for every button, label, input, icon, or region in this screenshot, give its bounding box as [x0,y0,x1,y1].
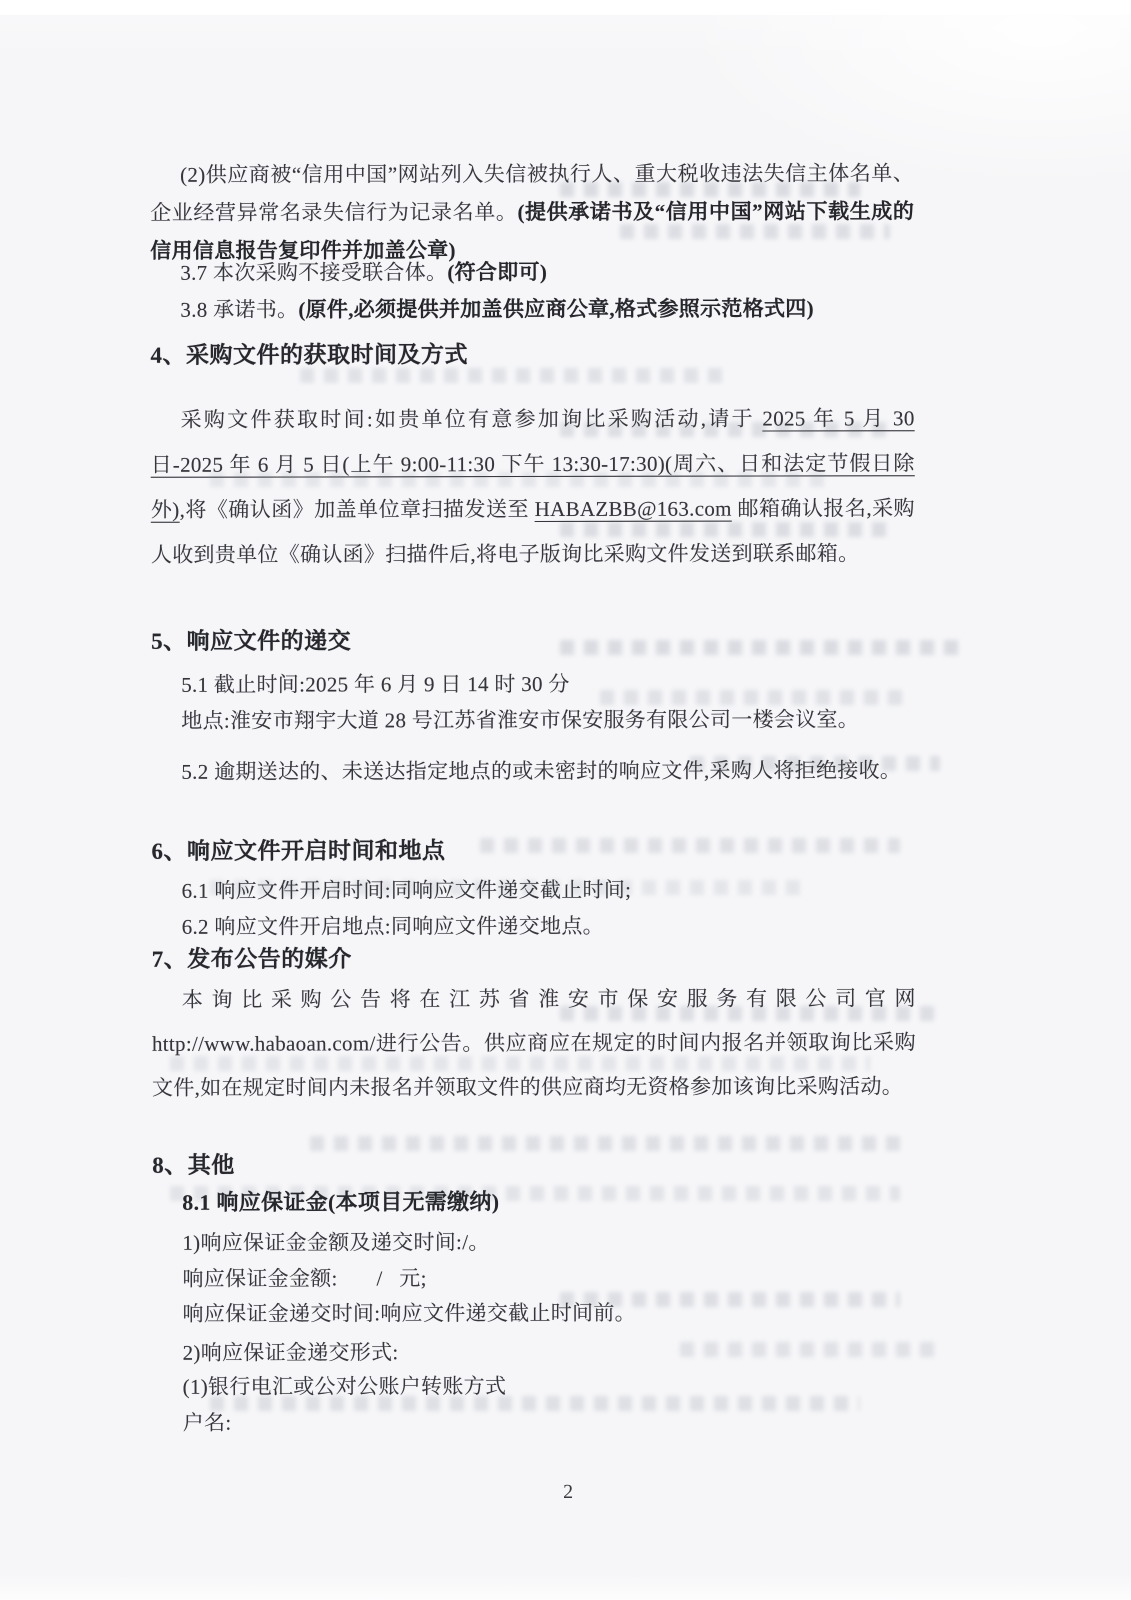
heading-8-1-deposit: 8.1 响应保证金(本项目无需缴纳) [152,1182,916,1222]
clause-3-7-text: 3.7 本次采购不接受联合体。 [180,260,447,285]
deposit-amount-and-time: 1)响应保证金金额及递交时间:/。 [152,1222,916,1262]
account-name-label: 户名: [153,1402,917,1442]
clause-6-1-open-time: 6.1 响应文件开启时间:同响应文件递交截止时间; [152,870,916,910]
clause-3-8: 3.8 承诺书。(原件,必须提供并加盖供应商公章,格式参照示范格式四) [150,289,914,329]
clause-3-7-bold-note: (符合即可) [447,260,547,284]
announcement-lead: 本询比采购公告将在江苏省淮安市保安服务有限公司官网 [182,986,916,1012]
heading-section-5: 5、响应文件的递交 [151,624,915,658]
clause-3-8-bold-note: (原件,必须提供并加盖供应商公章,格式参照示范格式四) [298,296,814,321]
page-number: 2 [3,1480,1131,1505]
company-website-url: http://www.habaoan.com/ [152,1031,376,1055]
deposit-amount-line: 响应保证金金额: / 元; [152,1258,916,1298]
heading-section-4: 4、采购文件的获取时间及方式 [150,338,914,372]
obtain-time-lead: 采购文件获取时间:如贵单位有意参加询比采购活动,请于 [181,407,763,432]
heading-section-6: 6、响应文件开启时间和地点 [151,834,915,868]
clause-3-7: 3.7 本次采购不接受联合体。(符合即可) [150,252,914,292]
confirmation-email-underlined: HABAZBB@163.com [535,497,732,521]
paragraph-announcement-media: 本询比采购公告将在江苏省淮安市保安服务有限公司官网 http://www.hab… [152,976,916,1110]
clause-5-2-rejection: 5.2 逾期送达的、未送达指定地点的或未密封的响应文件,采购人将拒绝接收。 [151,746,915,796]
document-body: (2)供应商被“信用中国”网站列入失信被执行人、重大税收违法失信主体名单、企业经… [0,0,1131,1600]
deposit-form-bank-transfer: (1)银行电汇或公对公账户转账方式 [153,1366,917,1406]
clause-5-1-deadline: 5.1 截止时间:2025 年 6 月 9 日 14 时 30 分 [151,664,915,704]
clause-3-8-text: 3.8 承诺书。 [180,298,298,322]
deposit-submit-time-line: 响应保证金递交时间:响应文件递交截止时间前。 [152,1293,916,1333]
paragraph-document-obtaining: 采购文件获取时间:如贵单位有意参加询比采购活动,请于 2025 年 5 月 30… [151,396,915,578]
scanned-document-page: { "colors": { "paper": "#f6f6f8", "ink":… [0,0,1131,1600]
clause-6-2-open-location: 6.2 响应文件开启地点:同响应文件递交地点。 [152,906,916,946]
heading-section-8: 8、其他 [152,1148,916,1182]
obtain-mid-text: ,将《确认函》加盖单位章扫描发送至 [180,497,535,522]
heading-section-7: 7、发布公告的媒介 [152,942,916,976]
clause-5-location: 地点:淮安市翔宇大道 28 号江苏省淮安市保安服务有限公司一楼会议室。 [151,700,915,740]
